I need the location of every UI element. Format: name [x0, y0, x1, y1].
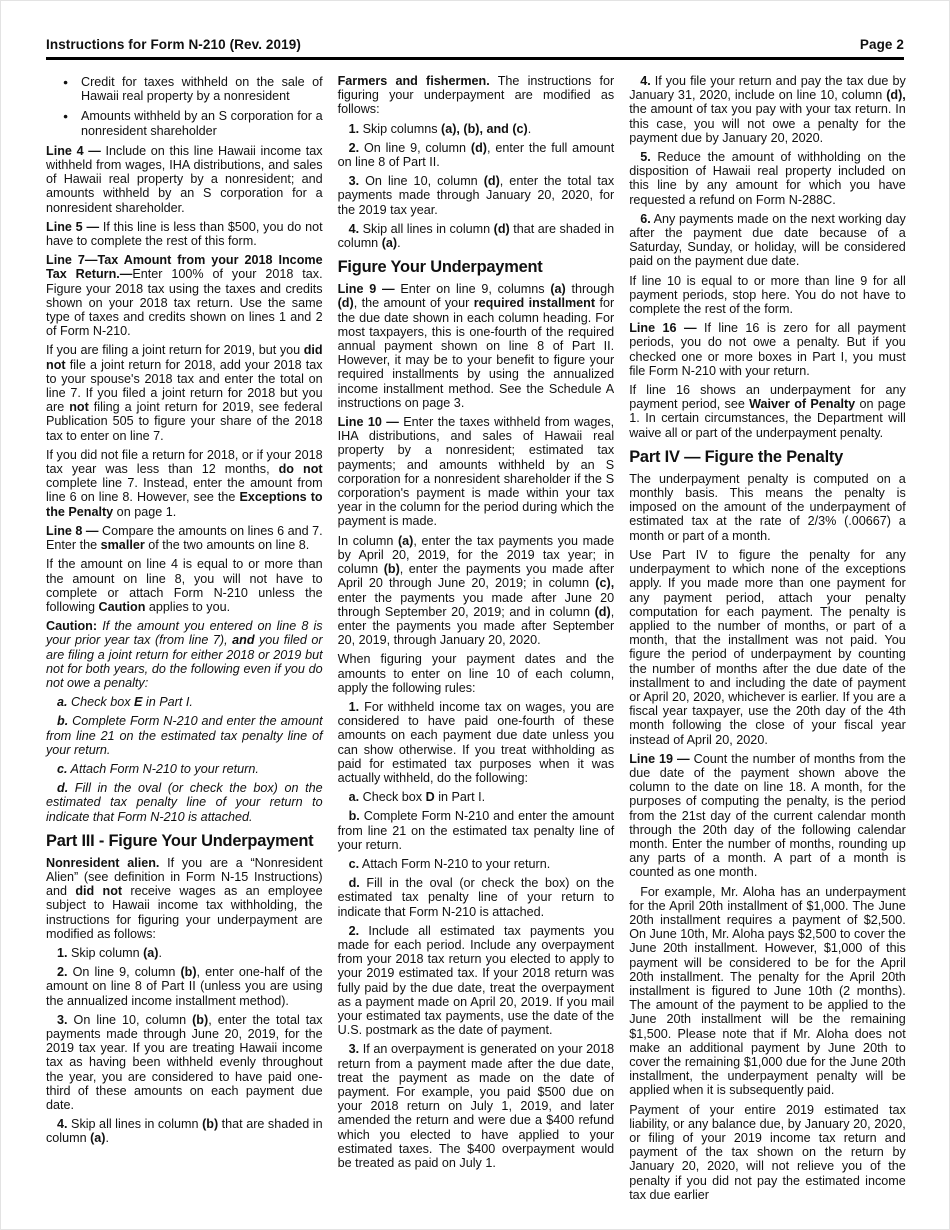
text-run: Attach Form N-210 to your return.	[68, 762, 259, 776]
paragraph: For example, Mr. Aloha has an underpayme…	[629, 885, 906, 1098]
text-run: 6.	[640, 212, 651, 226]
paragraph: Line 19 — Count the number of months fro…	[629, 752, 906, 880]
text-run: of the two amounts on line 8.	[145, 538, 310, 552]
paragraph: Use Part IV to figure the penalty for an…	[629, 548, 906, 747]
text-run: Any payments made on the next working da…	[629, 212, 906, 269]
text-run: c.	[349, 857, 360, 871]
column-2: Farmers and fishermen. The instructions …	[338, 69, 615, 1207]
text-run: (d),	[886, 88, 906, 102]
text-run: Line 4 —	[46, 144, 106, 158]
text-run: 3.	[349, 174, 360, 188]
text-run: 1.	[57, 946, 68, 960]
section-heading: Part III - Figure Your Underpayment	[46, 832, 323, 851]
text-run: When figuring your payment dates and the…	[338, 652, 615, 694]
paragraph: 1. Skip columns (a), (b), and (c).	[338, 122, 615, 136]
text-run: (a)	[143, 946, 158, 960]
text-run: Complete Form N-210 and enter the amount…	[338, 809, 615, 851]
text-run: If you file your return and pay the tax …	[629, 74, 906, 102]
column-3: 4. If you file your return and pay the t…	[629, 69, 906, 1207]
paragraph: 2. On line 9, column (d), enter the full…	[338, 141, 615, 169]
text-run: do not	[279, 462, 323, 476]
text-run: 1.	[349, 700, 360, 714]
text-run: through	[566, 282, 614, 296]
text-run: If line 10 is equal to or more than line…	[629, 274, 906, 316]
text-run: did not	[75, 884, 122, 898]
text-run: , the amount of your	[354, 296, 474, 310]
paragraph: 4. Skip all lines in column (d) that are…	[338, 222, 615, 250]
paragraph: Farmers and fishermen. The instructions …	[338, 74, 615, 117]
text-run: Line 5 —	[46, 220, 103, 234]
paragraph: If the amount on line 4 is equal to or m…	[46, 557, 323, 614]
text-run: 2.	[57, 965, 68, 979]
text-run: Use Part IV to figure the penalty for an…	[629, 548, 906, 747]
text-run: Line 10 —	[338, 415, 404, 429]
text-run: Skip column	[68, 946, 144, 960]
text-run: (a)	[90, 1131, 105, 1145]
text-run: Figure Your Underpayment	[338, 258, 543, 276]
text-run: a.	[57, 695, 68, 709]
paragraph: Line 8 — Compare the amounts on lines 6 …	[46, 524, 323, 552]
column-1: ●Credit for taxes withheld on the sale o…	[46, 69, 323, 1207]
text-run: Caution:	[46, 619, 97, 633]
text-run: in Part I.	[142, 695, 192, 709]
paragraph: The underpayment penalty is computed on …	[629, 472, 906, 543]
text-run: Part III - Figure Your Underpayment	[46, 832, 313, 850]
text-run: 1.	[349, 122, 360, 136]
text-run: On line 9, column	[359, 141, 471, 155]
paragraph: b. Complete Form N-210 and enter the amo…	[46, 714, 323, 757]
text-run: Enter on line 9, columns	[400, 282, 550, 296]
paragraph: 4. If you file your return and pay the t…	[629, 74, 906, 145]
paragraph: Line 10 — Enter the taxes withheld from …	[338, 415, 615, 529]
text-run: c.	[57, 762, 68, 776]
text-run: (d)	[338, 296, 354, 310]
text-run: for the due date shown in each column he…	[338, 296, 615, 409]
text-run: Attach Form N-210 to your return.	[359, 857, 550, 871]
text-run: 5.	[640, 150, 651, 164]
text-run: (a)	[398, 534, 413, 548]
text-run: and	[232, 633, 254, 647]
text-run: Waiver of Penalty	[749, 397, 855, 411]
text-run: Fill in the oval (or check the box) on t…	[46, 781, 323, 823]
paragraph: c. Attach Form N-210 to your return.	[46, 762, 323, 776]
text-run: 2.	[349, 141, 360, 155]
paragraph: Payment of your entire 2019 estimated ta…	[629, 1103, 906, 1202]
paragraph: 2. Include all estimated tax payments yo…	[338, 924, 615, 1038]
bullet-item: ●Credit for taxes withheld on the sale o…	[46, 75, 323, 103]
header-page-number: Page 2	[860, 37, 904, 52]
text-run: Skip all lines in column	[68, 1117, 203, 1131]
text-run: Line 9 —	[338, 282, 401, 296]
text-run: 3.	[349, 1042, 360, 1056]
text-run: the amount of tax you pay with your tax …	[629, 102, 906, 144]
text-run: D	[426, 790, 435, 804]
text-run: In column	[338, 534, 398, 548]
text-run: , enter the total tax payments made thro…	[46, 1013, 323, 1112]
text-run: Credit for taxes withheld on the sale of…	[81, 75, 323, 103]
paragraph: a. Check box E in Part I.	[46, 695, 323, 709]
text-run: not	[69, 400, 89, 414]
text-run: Nonresident alien.	[46, 856, 159, 870]
page-header: Instructions for Form N-210 (Rev. 2019) …	[46, 37, 904, 57]
text-run: .	[159, 946, 163, 960]
paragraph: 3. On line 10, column (d), enter the tot…	[338, 174, 615, 217]
text-run: Amounts withheld by an S corporation for…	[81, 109, 323, 137]
paragraph: If line 16 shows an underpayment for any…	[629, 383, 906, 440]
bullet-icon: ●	[63, 75, 68, 89]
text-run: Reduce the amount of withholding on the …	[629, 150, 906, 207]
paragraph: When figuring your payment dates and the…	[338, 652, 615, 695]
paragraph: In column (a), enter the tax payments yo…	[338, 534, 615, 648]
text-run: Caution	[99, 600, 146, 614]
text-run: required installment	[474, 296, 595, 310]
text-run: .	[528, 122, 532, 136]
section-heading: Part IV — Figure the Penalty	[629, 448, 906, 467]
paragraph: a. Check box D in Part I.	[338, 790, 615, 804]
text-run: (d)	[484, 174, 500, 188]
document-page: Instructions for Form N-210 (Rev. 2019) …	[0, 0, 950, 1230]
text-run: 4.	[640, 74, 651, 88]
text-run: Payment of your entire 2019 estimated ta…	[629, 1103, 906, 1202]
text-run: Include all estimated tax payments you m…	[338, 924, 615, 1037]
text-run: Complete Form N-210 and enter the amount…	[46, 714, 323, 756]
text-run: Skip all lines in column	[359, 222, 494, 236]
text-run: On line 10, column	[359, 174, 484, 188]
text-run: applies to you.	[145, 600, 230, 614]
text-run: enter the payments you made after June 2…	[338, 591, 615, 619]
bullet-icon: ●	[63, 109, 68, 123]
paragraph: Nonresident alien. If you are a “Nonresi…	[46, 856, 323, 941]
text-run: 2.	[349, 924, 360, 938]
text-run: 4.	[57, 1117, 68, 1131]
text-run: If an overpayment is generated on your 2…	[338, 1042, 615, 1170]
text-run: (d)	[471, 141, 487, 155]
text-run: Skip columns	[359, 122, 441, 136]
bullet-item: ●Amounts withheld by an S corporation fo…	[46, 109, 323, 137]
text-run: (b)	[180, 965, 196, 979]
text-run: in Part I.	[435, 790, 485, 804]
text-run: Check box	[68, 695, 135, 709]
text-run: (d)	[494, 222, 510, 236]
text-run: 3.	[57, 1013, 68, 1027]
paragraph: 6. Any payments made on the next working…	[629, 212, 906, 269]
paragraph: Line 4 — Include on this line Hawaii inc…	[46, 144, 323, 215]
paragraph: 2. On line 9, column (b), enter one-half…	[46, 965, 323, 1008]
paragraph: b. Complete Form N-210 and enter the amo…	[338, 809, 615, 852]
paragraph: Line 9 — Enter on line 9, columns (a) th…	[338, 282, 615, 410]
text-run: 4.	[349, 222, 360, 236]
text-run: (b)	[192, 1013, 208, 1027]
text-run: smaller	[101, 538, 145, 552]
text-run: For withheld income tax on wages, you ar…	[338, 700, 615, 785]
text-run: on page 1.	[113, 505, 176, 519]
text-run: d.	[349, 876, 360, 890]
text-run: (c),	[595, 576, 614, 590]
text-run: Part IV — Figure the Penalty	[629, 448, 843, 466]
text-run: Fill in the oval (or check the box) on t…	[338, 876, 615, 918]
text-run: d.	[57, 781, 68, 795]
text-run: Line 19 —	[629, 752, 693, 766]
text-run: b.	[57, 714, 68, 728]
document-columns: ●Credit for taxes withheld on the sale o…	[46, 69, 904, 1207]
paragraph: d. Fill in the oval (or check the box) o…	[46, 781, 323, 824]
paragraph: 1. For withheld income tax on wages, you…	[338, 700, 615, 785]
text-run: (b)	[202, 1117, 218, 1131]
paragraph: 3. On line 10, column (b), enter the tot…	[46, 1013, 323, 1112]
paragraph: 4. Skip all lines in column (b) that are…	[46, 1117, 323, 1145]
text-run: Line 16 —	[629, 321, 704, 335]
text-run: Line 8 —	[46, 524, 102, 538]
paragraph: If you did not file a return for 2018, o…	[46, 448, 323, 519]
text-run: (b)	[384, 562, 400, 576]
paragraph: 5. Reduce the amount of withholding on t…	[629, 150, 906, 207]
text-run: On line 9, column	[68, 965, 181, 979]
text-run: (d)	[595, 605, 611, 619]
text-run: On line 10, column	[68, 1013, 193, 1027]
text-run: The underpayment penalty is computed on …	[629, 472, 906, 543]
text-run: Count the number of months from the due …	[629, 752, 906, 880]
paragraph: Caution: If the amount you entered on li…	[46, 619, 323, 690]
text-run: a.	[349, 790, 360, 804]
text-run: Farmers and fishermen.	[338, 74, 490, 88]
paragraph: If you are filing a joint return for 201…	[46, 343, 323, 442]
paragraph: d. Fill in the oval (or check the box) o…	[338, 876, 615, 919]
paragraph: c. Attach Form N-210 to your return.	[338, 857, 615, 871]
text-run: Enter the taxes withheld from wages, IHA…	[338, 415, 615, 528]
section-heading: Figure Your Underpayment	[338, 258, 615, 277]
paragraph: 1. Skip column (a).	[46, 946, 323, 960]
text-run: (a)	[382, 236, 397, 250]
paragraph: Line 7—Tax Amount from your 2018 Income …	[46, 253, 323, 338]
text-run: .	[397, 236, 401, 250]
text-run: (a), (b), and (c)	[441, 122, 528, 136]
text-run: (a)	[550, 282, 565, 296]
text-run: If you are filing a joint return for 201…	[46, 343, 304, 357]
paragraph: 3. If an overpayment is generated on you…	[338, 1042, 615, 1170]
text-run: b.	[349, 809, 360, 823]
header-rule	[46, 57, 904, 60]
text-run: For example, Mr. Aloha has an underpayme…	[629, 885, 906, 1098]
header-title: Instructions for Form N-210 (Rev. 2019)	[46, 37, 301, 52]
text-run: .	[106, 1131, 110, 1145]
text-run: Check box	[359, 790, 426, 804]
paragraph: Line 16 — If line 16 is zero for all pay…	[629, 321, 906, 378]
paragraph: Line 5 — If this line is less than $500,…	[46, 220, 323, 248]
paragraph: If line 10 is equal to or more than line…	[629, 274, 906, 317]
